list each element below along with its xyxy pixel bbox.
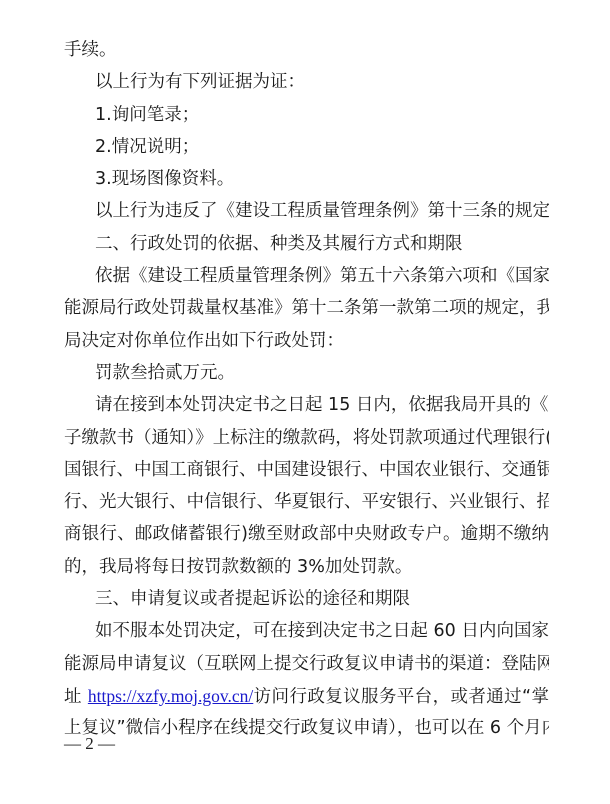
text-line: 手续。	[64, 34, 549, 66]
text-line: 的，我局将每日按罚款数额的 3%加处罚款。	[64, 551, 549, 583]
final-line: 上复议”微信小程序在线提交行政复议申请），也可以在 6 个月内	[64, 712, 549, 744]
text-line: 请在接到本处罚决定书之日起 15 日内，依据我局开具的《电	[64, 389, 549, 421]
text-line: 能源局申请复议（互联网上提交行政复议申请书的渠道：登陆网	[64, 648, 549, 680]
text-line: 2.情况说明；	[64, 131, 549, 163]
text-line: 罚款叁拾贰万元。	[64, 357, 549, 389]
text-line: 商银行、邮政储蓄银行)缴至财政部中央财政专户。逾期不缴纳	[64, 518, 549, 550]
text-line: 如不服本处罚决定，可在接到决定书之日起 60 日内向国家	[64, 615, 549, 647]
text-line: 行、光大银行、中信银行、华夏银行、平安银行、兴业银行、招	[64, 486, 549, 518]
text-line: 国银行、中国工商银行、中国建设银行、中国农业银行、交通银	[64, 454, 549, 486]
document-body: 手续。以上行为有下列证据为证：1.询问笔录；2.情况说明；3.现场图像资料。以上…	[64, 34, 549, 680]
text-line: 子缴款书（通知）》上标注的缴款码，将处罚款项通过代理银行(中	[64, 422, 549, 454]
text-line: 能源局行政处罚裁量权基准》第十二条第一款第二项的规定，我	[64, 292, 549, 324]
text-line: 以上行为违反了《建设工程质量管理条例》第十三条的规定。	[64, 195, 549, 227]
text-line: 1.询问笔录；	[64, 99, 549, 131]
link-line-suffix: 访问行政复议服务平台，或者通过“掌	[253, 687, 549, 707]
link-line-prefix: 址	[64, 687, 88, 707]
text-line: 三、申请复议或者提起诉讼的途径和期限	[64, 583, 549, 615]
document-page: 手续。以上行为有下列证据为证：1.询问笔录；2.情况说明；3.现场图像资料。以上…	[64, 34, 549, 745]
text-line: 3.现场图像资料。	[64, 163, 549, 195]
text-line: 以上行为有下列证据为证：	[64, 66, 549, 98]
xzfy-link[interactable]: https://xzfy.moj.gov.cn/	[88, 686, 253, 706]
text-line: 局决定对你单位作出如下行政处罚：	[64, 325, 549, 357]
text-line: 依据《建设工程质量管理条例》第五十六条第六项和《国家	[64, 260, 549, 292]
link-line: 址 https://xzfy.moj.gov.cn/访问行政复议服务平台，或者通…	[64, 680, 549, 712]
page-number: — 2 —	[64, 734, 115, 754]
text-line: 二、行政处罚的依据、种类及其履行方式和期限	[64, 228, 549, 260]
